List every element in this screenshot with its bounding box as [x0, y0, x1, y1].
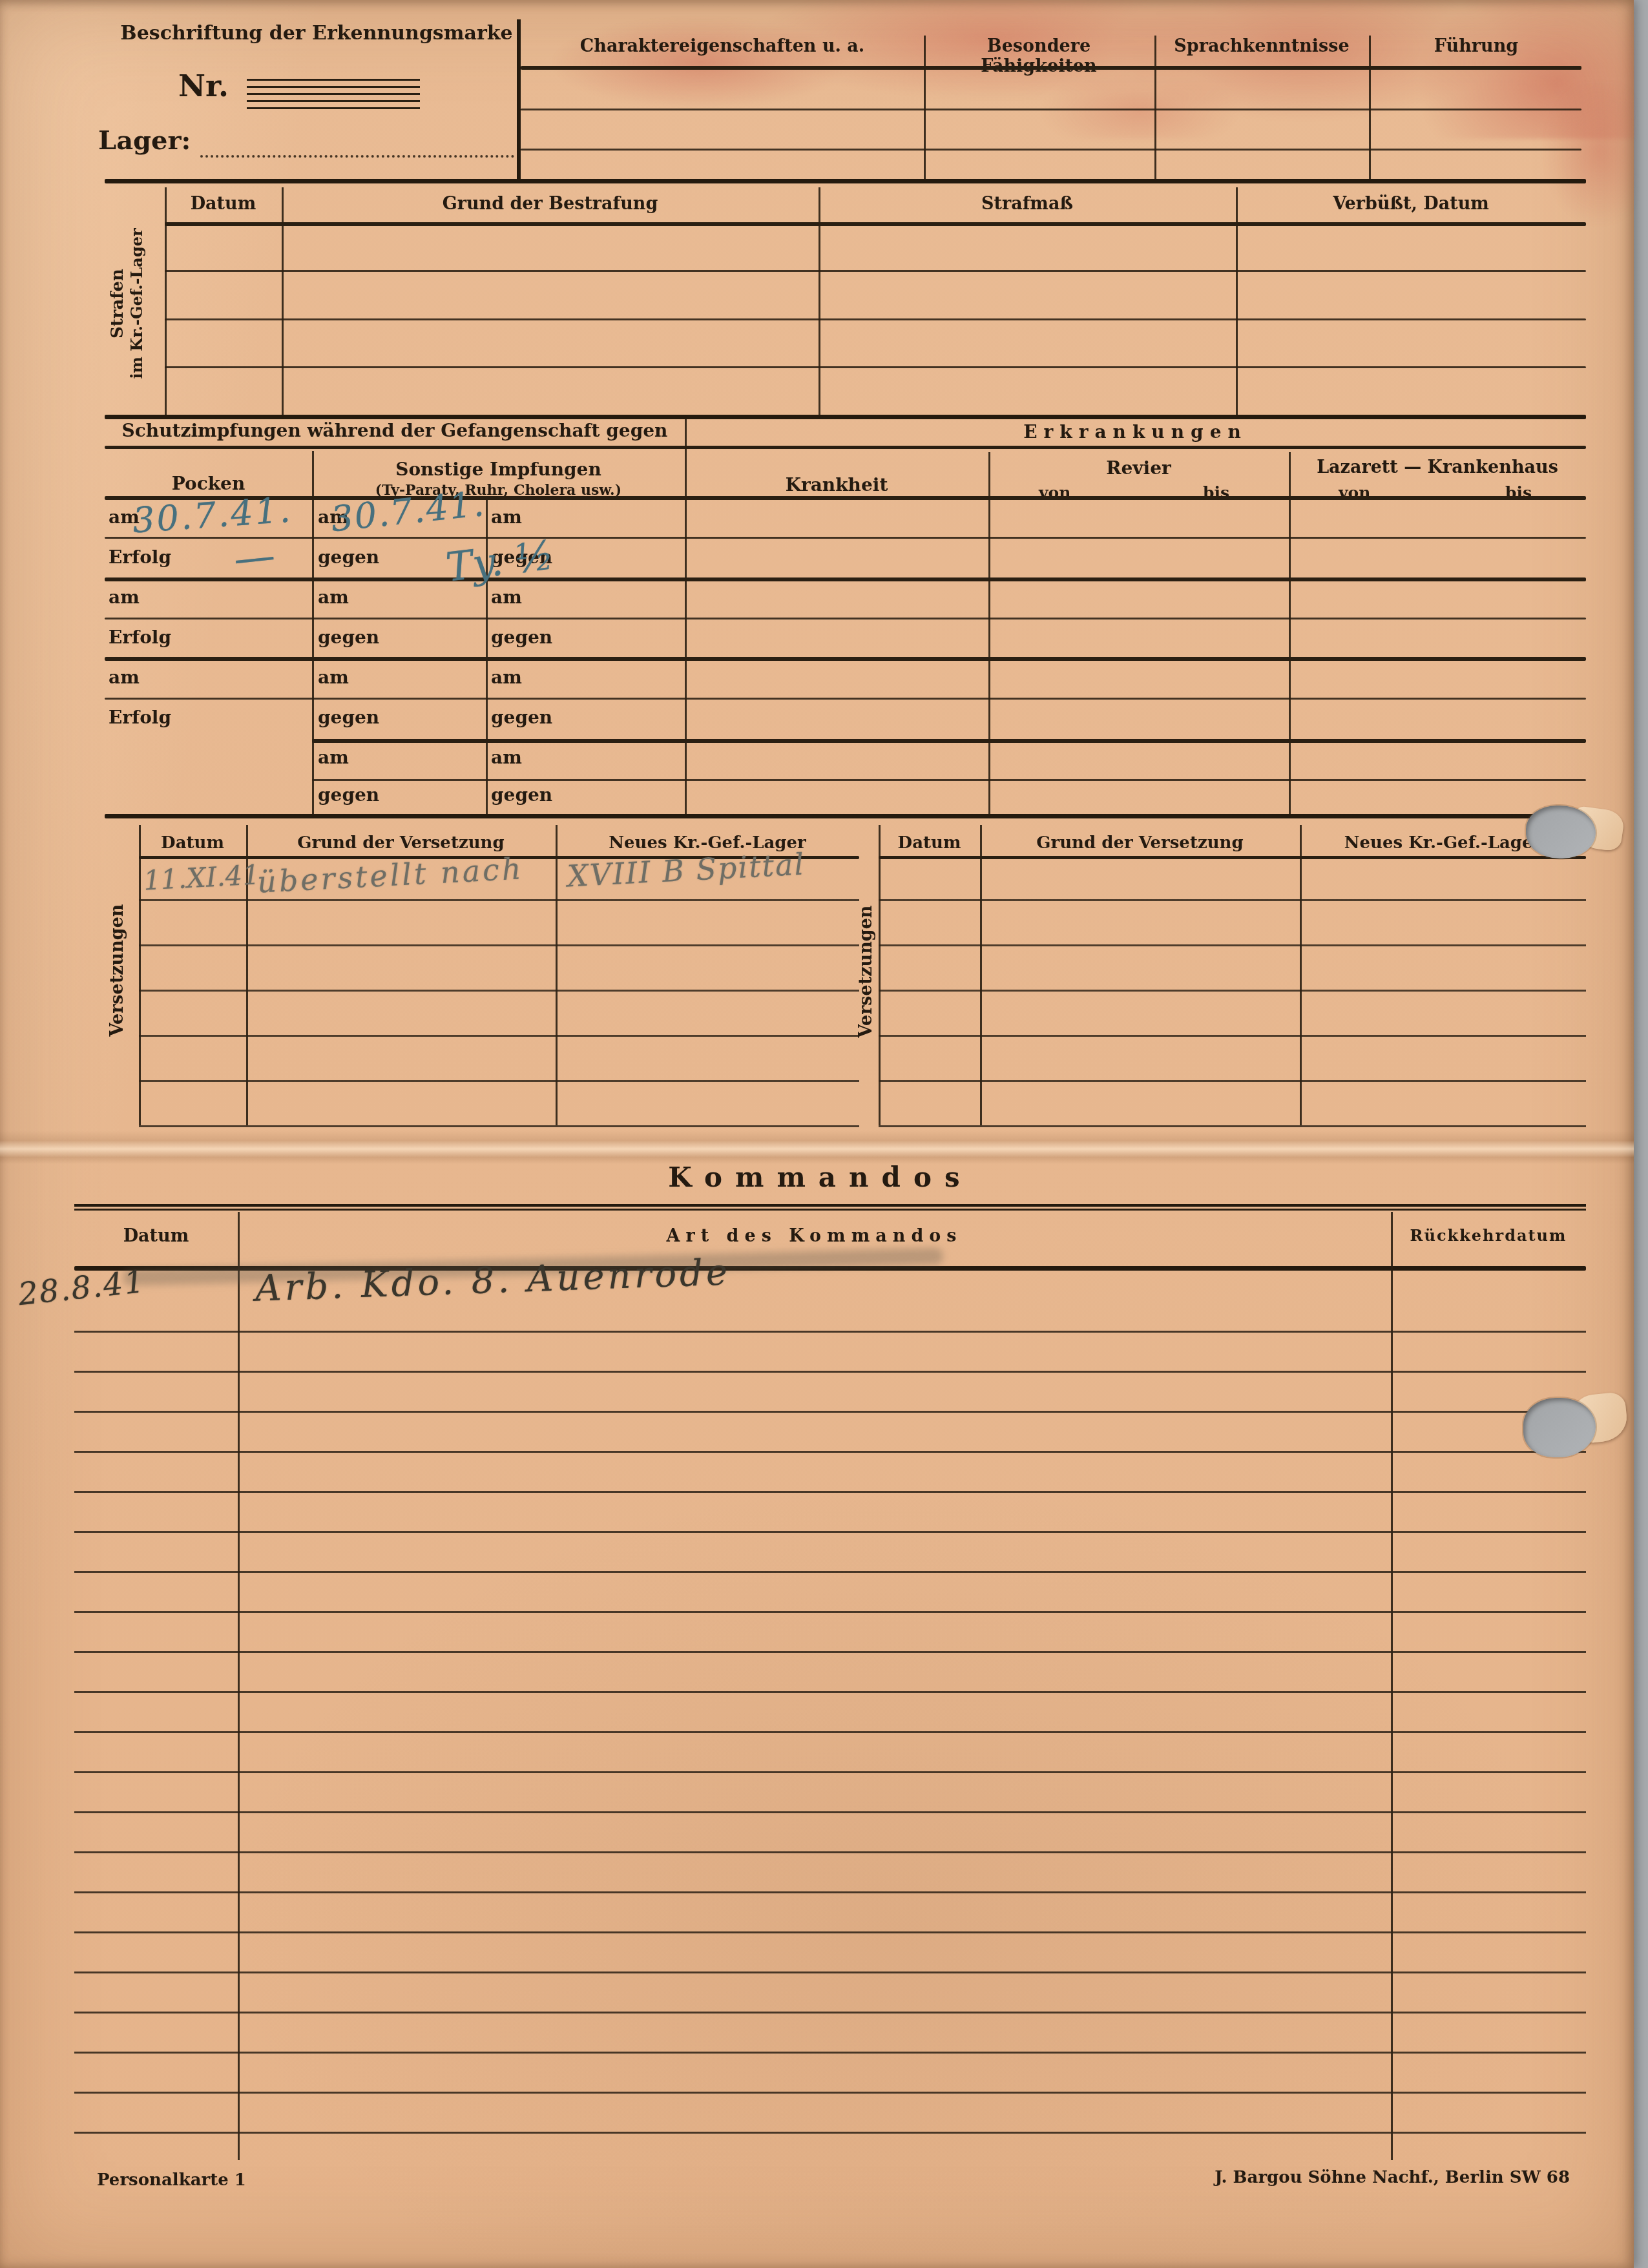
subheader-rule: [105, 496, 1586, 500]
kdo-row-rules: [74, 1331, 1586, 2135]
assessment-vline-2: [1154, 36, 1156, 179]
strafen-col-grund: Grund der Bestrafung: [282, 194, 819, 214]
footer-printer: J. Bargou Söhne Nachf., Berlin SW 68: [1098, 2168, 1570, 2187]
lager-dotted-line: [200, 129, 514, 158]
impf-rule-2: [105, 577, 1586, 581]
vers-l-col-grund: Grund der Versetzung: [246, 833, 556, 853]
impfungen-top-border: [105, 415, 1586, 419]
strafen-col-datum: Datum: [165, 194, 282, 214]
impf-r5-am-s1: am: [318, 667, 349, 688]
erkr-vline-lazarett: [1289, 452, 1291, 815]
vers-r-row-rules: [879, 856, 1586, 1127]
tag-nr-ruled-lines: [247, 79, 420, 109]
impf-rule-4: [105, 657, 1586, 661]
impf-r6-gegen-s1: gegen: [318, 707, 379, 728]
assessment-vline-1: [924, 36, 926, 179]
tagbox-divider: [517, 19, 521, 180]
assessment-row-rule-1: [521, 109, 1581, 110]
impf-r5-am-pocken: am: [109, 667, 140, 688]
col-sprachkenntnisse: Sprachkenntnisse: [1157, 36, 1366, 56]
kdo-col-art: Art des Kommandos: [238, 1226, 1391, 1246]
impf-r7-am-s2: am: [491, 747, 522, 768]
fold-crease: [0, 1130, 1634, 1164]
strafen-vline-datum: [282, 187, 284, 415]
strafen-side-label-line2: im Kr.-Gef.-Lager: [127, 207, 146, 401]
strafen-vline-strafmass: [819, 187, 820, 415]
erkrankungen-title: Erkrankungen: [685, 421, 1586, 442]
erkr-col-revier: Revier: [988, 457, 1289, 479]
kommandos-title: Kommandos: [497, 1161, 1143, 1193]
lager-label: Lager:: [98, 125, 191, 156]
tag-nr-label: Nr.: [178, 68, 229, 103]
impf-r2-gegen-s1: gegen: [318, 546, 379, 568]
hw-pocken-erfolg-dash: —: [231, 532, 277, 583]
assessment-vline-3: [1369, 36, 1371, 179]
impf-r3-am-s2: am: [491, 587, 522, 608]
impf-bottom-border: [105, 814, 1586, 818]
kdo-col-datum: Datum: [74, 1226, 238, 1246]
versetzungen-left-side-label: Versetzungen: [107, 886, 138, 1054]
vers-l-row-rules: [139, 856, 859, 1127]
card-paper: Beschriftung der Erkennungsmarke Nr. Lag…: [0, 0, 1634, 2268]
strafen-header-rule: [165, 222, 1586, 226]
impf-r6-gegen-s2: gegen: [491, 707, 552, 728]
vers-l-col-neues: Neues Kr.-Gef.-Lager: [556, 833, 859, 853]
versetzungen-right-side-label-text: Versetzungen: [856, 888, 876, 1056]
erkr-col-lazarett: Lazarett — Krankenhaus: [1289, 457, 1586, 477]
impf-r7-am-s1: am: [318, 747, 349, 768]
impf-r4-erfolg: Erfolg: [109, 627, 171, 648]
hw-kdo-datum: 28.8.41: [17, 1264, 147, 1313]
impf-r5-am-s2: am: [491, 667, 522, 688]
impf-rule-3: [105, 618, 1586, 619]
versetzungen-left-side-label-text: Versetzungen: [107, 886, 127, 1054]
strafen-row-rule-1: [165, 270, 1586, 272]
strafen-side-label-line1: Strafen: [108, 207, 127, 401]
col-fuehrung: Führung: [1372, 36, 1581, 56]
strafen-top-border: [105, 179, 1586, 183]
impf-r4-gegen-s2: gegen: [491, 627, 552, 648]
impf-rule-7: [312, 779, 1586, 781]
impf-vline-pocken: [312, 451, 314, 815]
impf-col-sonstige-line1: Sonstige Impfungen: [312, 459, 685, 480]
hw-sonstige-gegen-value: Ty. ½: [443, 531, 556, 591]
vers-r-col-grund: Grund der Versetzung: [980, 833, 1300, 853]
punch-hole-1: [1526, 806, 1596, 858]
col-charaktereigenschaften: Charaktereigenschaften u. a.: [525, 36, 920, 56]
strafen-side-label: Strafen im Kr.-Gef.-Lager: [108, 207, 160, 401]
strafen-row-rule-3: [165, 366, 1586, 368]
scanned-pow-card-back: Beschriftung der Erkennungsmarke Nr. Lag…: [0, 0, 1648, 2268]
impf-r8-gegen-s1: gegen: [318, 784, 379, 806]
impf-rule-5: [105, 698, 1586, 700]
kdo-col-rueckkehr: Rückkehrdatum: [1391, 1226, 1586, 1245]
col-besondere-faehigkeiten: Besondere Fähigkeiten: [926, 36, 1151, 76]
impf-rule-1: [105, 537, 1586, 539]
hw-kdo-art: Arb. Kdo. 8. Auenrode: [255, 1251, 731, 1310]
impf-r3-am-pocken: am: [109, 587, 140, 608]
impf-r2-erfolg: Erfolg: [109, 546, 171, 568]
impf-r6-erfolg: Erfolg: [109, 707, 171, 728]
erkr-vline-revier: [988, 452, 990, 815]
assessment-row-rule-2: [521, 149, 1581, 151]
vers-l-col-datum: Datum: [139, 833, 246, 853]
tag-box-title: Beschriftung der Erkennungsmarke: [110, 22, 523, 45]
hw-vers-datum: 11.XI.41: [143, 858, 260, 896]
assessment-header-rule: [521, 66, 1581, 70]
strafen-col-verbuesst: Verbüßt, Datum: [1236, 194, 1586, 214]
vers-r-col-datum: Datum: [879, 833, 980, 853]
footer-form-name: Personalkarte 1: [97, 2170, 246, 2190]
strafen-row-rule-2: [165, 318, 1586, 320]
kommandos-title-rule: [74, 1204, 1586, 1211]
impfungen-title: Schutzimpfungen während der Gefangenscha…: [105, 420, 685, 441]
strafen-vline-verbuesst: [1236, 187, 1238, 415]
strafen-col-strafmass: Strafmaß: [819, 194, 1236, 214]
strafen-vline-label: [165, 187, 167, 415]
impf-r3-am-s1: am: [318, 587, 349, 608]
impf-r4-gegen-s1: gegen: [318, 627, 379, 648]
impf-r1-am-s2: am: [491, 506, 522, 528]
impf-rule-6: [312, 739, 1586, 743]
section-title-rule: [105, 446, 1586, 449]
impf-r8-gegen-s2: gegen: [491, 784, 552, 806]
erkr-col-krankheit: Krankheit: [685, 474, 988, 495]
